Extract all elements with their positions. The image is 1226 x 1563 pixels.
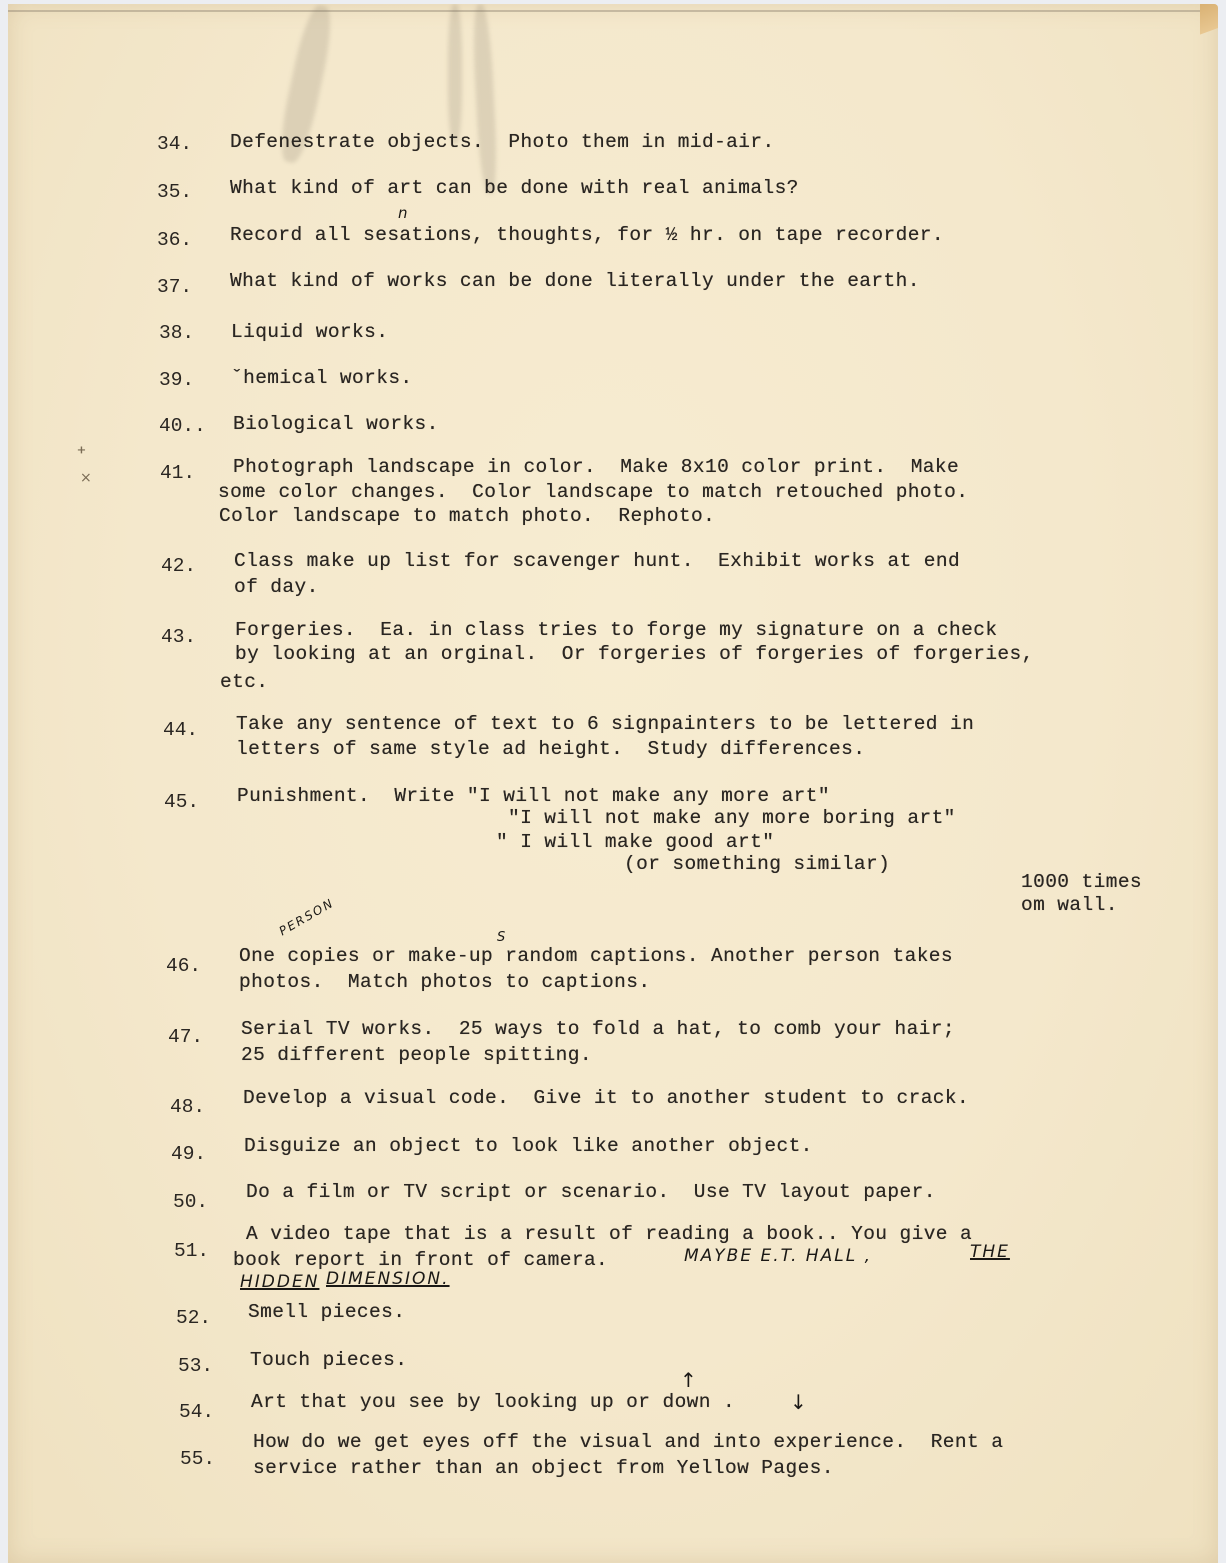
handwritten-dimension: DIMENSION. xyxy=(326,1269,450,1289)
item-text: One copies or make-up random captions. A… xyxy=(239,944,953,968)
item-number: 53. xyxy=(178,1354,213,1378)
item-text: " I will make good art" xyxy=(496,830,774,854)
item-text: Touch pieces. xyxy=(250,1348,407,1372)
handwritten-the: THE xyxy=(970,1242,1010,1262)
item-number: 38. xyxy=(159,321,194,345)
item-text: om wall. xyxy=(1021,893,1118,917)
item-text: Serial TV works. 25 ways to fold a hat, … xyxy=(241,1017,955,1041)
handwritten-hidden: HIDDEN xyxy=(240,1272,319,1292)
item-number: 37. xyxy=(157,275,192,299)
item-text: Smell pieces. xyxy=(248,1300,405,1324)
item-text: How do we get eyes off the visual and in… xyxy=(253,1430,1003,1454)
margin-mark: ᚐ xyxy=(78,442,85,458)
item-number: 43. xyxy=(161,625,196,649)
item-text: Take any sentence of text to 6 signpaint… xyxy=(236,712,974,736)
item-number: 46. xyxy=(166,954,201,978)
item-number: 39. xyxy=(159,368,194,392)
handwritten-s-insert: S xyxy=(497,930,507,945)
up-arrow-icon: ↑ xyxy=(680,1368,699,1392)
item-number: 51. xyxy=(174,1239,209,1263)
item-text: etc. xyxy=(220,670,268,694)
item-text: (or something similar) xyxy=(624,852,890,876)
item-number: 48. xyxy=(170,1095,205,1119)
item-number: 52. xyxy=(176,1306,211,1330)
item-text: by looking at an orginal. Or forgeries o… xyxy=(235,642,1034,666)
item-text: Liquid works. xyxy=(231,320,388,344)
item-text: "I will not make any more boring art" xyxy=(508,806,956,830)
item-number: 47. xyxy=(168,1025,203,1049)
item-number: 36. xyxy=(157,228,192,252)
item-text: Color landscape to match photo. Rephoto. xyxy=(219,504,715,528)
item-number: 42. xyxy=(161,554,196,578)
item-text: What kind of art can be done with real a… xyxy=(230,176,799,200)
handwritten-person: PERSON xyxy=(277,896,337,939)
item-text: Record all sesations, thoughts, for ½ hr… xyxy=(230,223,944,247)
item-text: Disguize an object to look like another … xyxy=(244,1134,813,1158)
handwritten-n-insert: n xyxy=(398,204,410,222)
item-number: 44. xyxy=(163,718,198,742)
item-text: ˇhemical works. xyxy=(231,366,413,390)
item-text: 25 different people spitting. xyxy=(241,1043,592,1067)
item-number: 45. xyxy=(164,790,199,814)
scanned-page: ᚐ × 34. Defenestrate objects. Photo them… xyxy=(8,4,1218,1563)
item-text: 1000 times xyxy=(1021,870,1142,894)
item-text: Class make up list for scavenger hunt. E… xyxy=(234,549,960,573)
item-text: Art that you see by looking up or down . xyxy=(251,1390,735,1414)
item-text: photos. Match photos to captions. xyxy=(239,970,650,994)
item-text: Do a film or TV script or scenario. Use … xyxy=(246,1180,936,1204)
item-number: 49. xyxy=(171,1142,206,1166)
item-text: What kind of works can be done literally… xyxy=(230,269,920,293)
handwritten-maybe-et-hall: MAYBE E.T. HALL , xyxy=(684,1246,872,1266)
crease-mark xyxy=(471,4,499,194)
item-text: Develop a visual code. Give it to anothe… xyxy=(243,1086,969,1110)
item-text: A video tape that is a result of reading… xyxy=(246,1222,972,1246)
item-text: Biological works. xyxy=(233,412,439,436)
item-text: of day. xyxy=(234,575,319,599)
item-text: some color changes. Color landscape to m… xyxy=(218,480,968,504)
down-arrow-icon: ↓ xyxy=(790,1390,809,1414)
item-text: Forgeries. Ea. in class tries to forge m… xyxy=(235,618,997,642)
margin-mark: × xyxy=(80,470,92,486)
item-text: Photograph landscape in color. Make 8x10… xyxy=(233,455,959,479)
item-number: 34. xyxy=(157,132,192,156)
item-number: 54. xyxy=(179,1400,214,1424)
item-number: 55. xyxy=(180,1447,215,1471)
item-text: letters of same style ad height. Study d… xyxy=(236,737,865,761)
item-text: Defenestrate objects. Photo them in mid-… xyxy=(230,130,775,154)
item-number: 50. xyxy=(173,1190,208,1214)
item-number: 35. xyxy=(157,180,192,204)
crease-mark xyxy=(448,4,462,144)
item-number: 40.. xyxy=(159,414,206,438)
item-text: Punishment. Write "I will not make any m… xyxy=(237,784,830,808)
item-number: 41. xyxy=(160,461,195,485)
item-text: service rather than an object from Yello… xyxy=(253,1456,834,1480)
folded-corner xyxy=(1200,4,1218,48)
